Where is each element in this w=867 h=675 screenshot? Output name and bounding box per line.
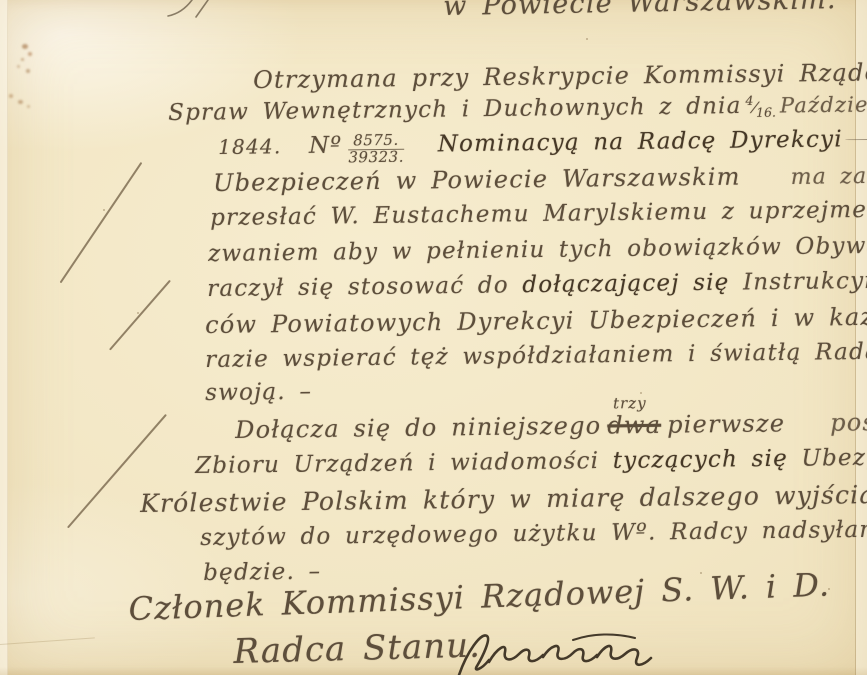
p1-line6: zwaniem aby w pełnieniu tych obowiązków …: [208, 232, 867, 267]
p1-line8: ców Powiatowych Dyrekcyi Ubezpieczeń i w…: [205, 302, 867, 339]
foxing-spot: [26, 69, 30, 73]
p1-line5: przesłać W. Eustachemu Marylskiemu z upr…: [210, 196, 867, 231]
p2-line2: Zbioru Urządzeń i wiadomości tyczących s…: [195, 443, 867, 479]
paper-left-edge: [0, 0, 8, 675]
closing-rank-line: Radca Stanu.: [233, 626, 481, 672]
date-fraction: 4⁄16.: [745, 99, 776, 117]
p2-line2-bold-words: tyczących się: [613, 446, 789, 474]
paper-bottom-shadow: [0, 667, 867, 675]
p2-line5: będzie. –: [203, 559, 321, 586]
cut-off-stroke-top: [148, 0, 218, 18]
margin-slash: [109, 280, 171, 350]
number-label: Nº: [309, 132, 343, 158]
p2-line4: szytów do urzędowego użytku Wº. Radcy na…: [200, 517, 867, 551]
foxing-spot: [27, 105, 30, 108]
p1-line9: razie wspierać tęż współdziałaniem i świ…: [205, 339, 867, 373]
foxing-spot: [28, 52, 32, 56]
ink-speck: [103, 209, 105, 211]
p1-line2-text: Spraw Wewnętrznych i Duchownych z dnia: [168, 93, 742, 126]
p1-line2-month: Październik: [780, 92, 867, 118]
inserted-word: trzy: [613, 394, 647, 412]
document-page: w Powiecie Warszawskim. Otrzymana przy R…: [0, 0, 867, 675]
p2-line3: Królestwie Polskim który w miarę dalszeg…: [140, 479, 867, 518]
p2-line1: Dołącza się do niniejszegodwatrzypierwsz…: [235, 408, 867, 444]
foxing-spot: [9, 94, 13, 98]
p2-line1-end: poszyty: [830, 408, 867, 437]
p1-line2: Spraw Wewnętrznych i Duchownych z dnia4⁄…: [168, 91, 867, 127]
reference-number-fraction: 8575.39323.: [348, 133, 404, 166]
paper-crease: [0, 637, 95, 645]
header-place-line: w Powiecie Warszawskim.: [443, 0, 837, 22]
p1-line3-nomination: Nominacyą na Radcę Dyrekcyi: [438, 126, 843, 157]
year: 1844.: [218, 134, 282, 159]
p1-line1: Otrzymana przy Reskrypcie Kommissyi Rząd…: [253, 58, 867, 94]
foxing-spot: [18, 100, 23, 104]
ink-speck: [586, 38, 588, 40]
p1-line7-bold-words: dołączającej się: [522, 270, 730, 299]
foxing-spot: [21, 58, 24, 61]
p1-line4-insert: ma zaszczyt: [790, 163, 867, 190]
foxing-spot: [17, 65, 20, 68]
corrected-word: dwatrzy: [607, 411, 661, 440]
p1-line7: raczył się stosować do dołączającej się …: [207, 266, 867, 302]
p1-line4-text: Ubezpieczeń w Powiecie Warszawskim: [213, 163, 741, 197]
p1-line10: swoją. –: [205, 379, 312, 406]
pen-flourish-dash: [845, 139, 867, 141]
signature-flourish: [455, 630, 655, 675]
foxing-spot: [22, 44, 28, 49]
margin-slash: [60, 162, 142, 283]
struck-word: dwa: [607, 411, 661, 440]
